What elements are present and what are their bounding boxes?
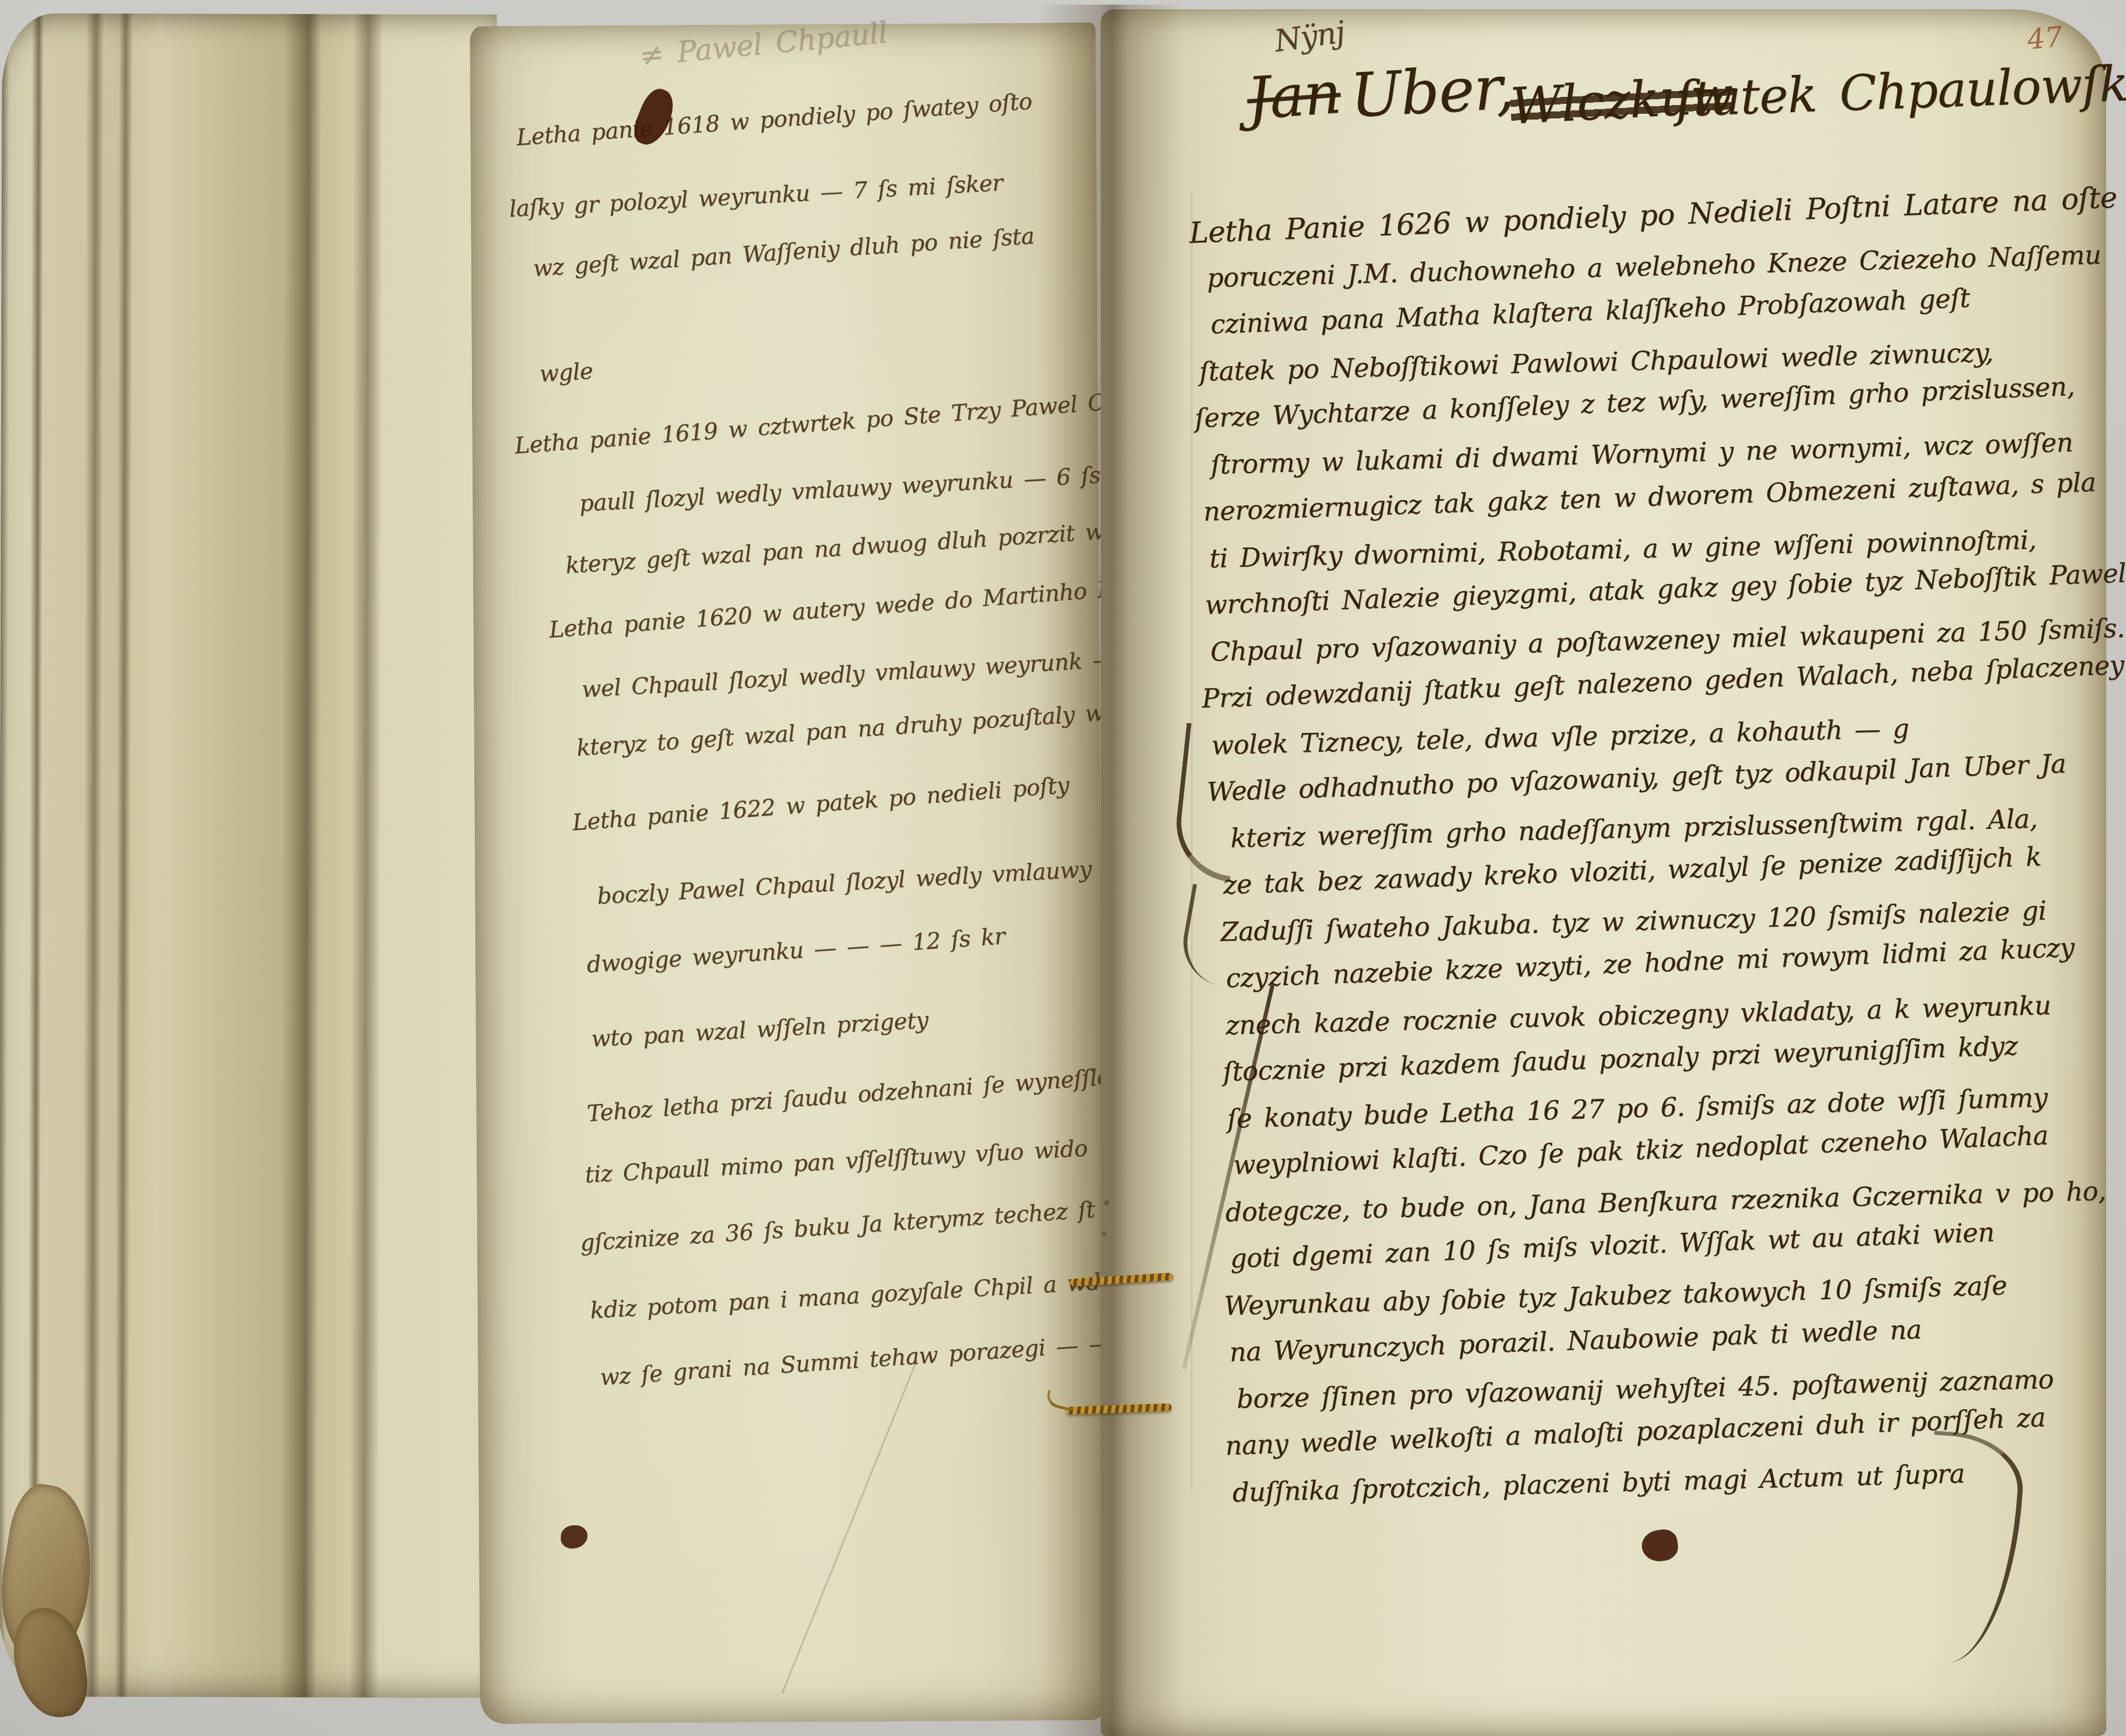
paper-speck (1104, 1200, 1109, 1206)
paper-speck (1102, 1232, 1106, 1236)
handwritten-line: na Weyrunczych porazil. Naubowie pak ti … (1229, 1314, 1922, 1368)
right-page-text: Letha Panie 1626 w pondiely po Nedieli P… (1096, 0, 2126, 1736)
handwritten-line: laſky gr polozyl weyrunku — 7 ſs mi ſske… (509, 170, 1003, 222)
handwritten-line: goti dgemi zan 10 ſs miſs vlozit. Wſſak … (1230, 1217, 1995, 1274)
handwritten-line: Letha panie 1618 w pondiely po ſwatey oſ… (516, 88, 1033, 151)
handwritten-line: wto pan wzal wſſeln przigety (590, 1007, 929, 1052)
handwritten-line: ſtocznie przi kazdem ſaudu poznaly przi … (1222, 1030, 2018, 1087)
handwritten-line: Letha panie 1622 w patek po nedieli poſt… (571, 773, 1070, 836)
handwritten-line: Letha Panie 1626 w pondiely po Nedieli P… (1188, 181, 2117, 250)
left-page-text: ≠ Pawel ChpaullLetha panie 1618 w pondie… (464, 0, 1191, 1727)
handwritten-line: cziniwa pana Matha klaſtera klaſſkeho Pr… (1210, 283, 1970, 340)
handwritten-line: paull ſlozyl wedly vmlauwy weyrunku — 6 … (579, 459, 1159, 517)
right-page: 47 Nÿnj Jan Uber, Wlczkuw ſtatek Chpaulo… (1101, 9, 2106, 1736)
handwritten-line: wolek Tiznecy, tele, dwa vſle przize, a … (1211, 713, 1909, 760)
handwritten-line: duſſnika ſprotczich, placzeni byti magi … (1232, 1458, 1965, 1508)
handwritten-line: Weyrunkau aby ſobie tyz Jakubez takowych… (1224, 1270, 2008, 1321)
handwritten-line: boczly Pawel Chpaul ſlozyl wedly vmlauwy… (596, 854, 1133, 910)
manuscript-photo: ≠ Pawel ChpaullLetha panie 1618 w pondie… (0, 0, 2126, 1736)
handwritten-line: kteryz geſt wzal pan na dwuog dluh pozrz… (565, 517, 1137, 579)
handwritten-line: wz geſt wzal pan Waſſeniy dluh po nie ſs… (532, 223, 1035, 281)
handwritten-line: ≠ Pawel Chpaull (638, 16, 889, 73)
handwritten-line: dwogige weyrunku — — — 12 ſs kr (586, 923, 1006, 979)
margin-crease (1191, 192, 1192, 1492)
handwritten-line: kteryz to geſt wzal pan na druhy pozuſta… (576, 697, 1144, 761)
handwritten-line: Letha panie 1619 w cztwrtek po Ste Trzy … (514, 388, 1127, 459)
left-page: ≠ Pawel ChpaullLetha panie 1618 w pondie… (470, 23, 1106, 1724)
handwritten-line: Letha panie 1620 w autery wede do Martin… (548, 576, 1125, 644)
handwritten-line: wel Chpaull ſlozyl wedly vmlauwy weyrunk… (581, 644, 1170, 703)
handwritten-line: tiz Chpaull mimo pan vſſelſſtuwy vſuo wi… (584, 1135, 1088, 1188)
page-edges-stack (0, 13, 497, 1698)
handwritten-line: wgle (539, 358, 593, 387)
